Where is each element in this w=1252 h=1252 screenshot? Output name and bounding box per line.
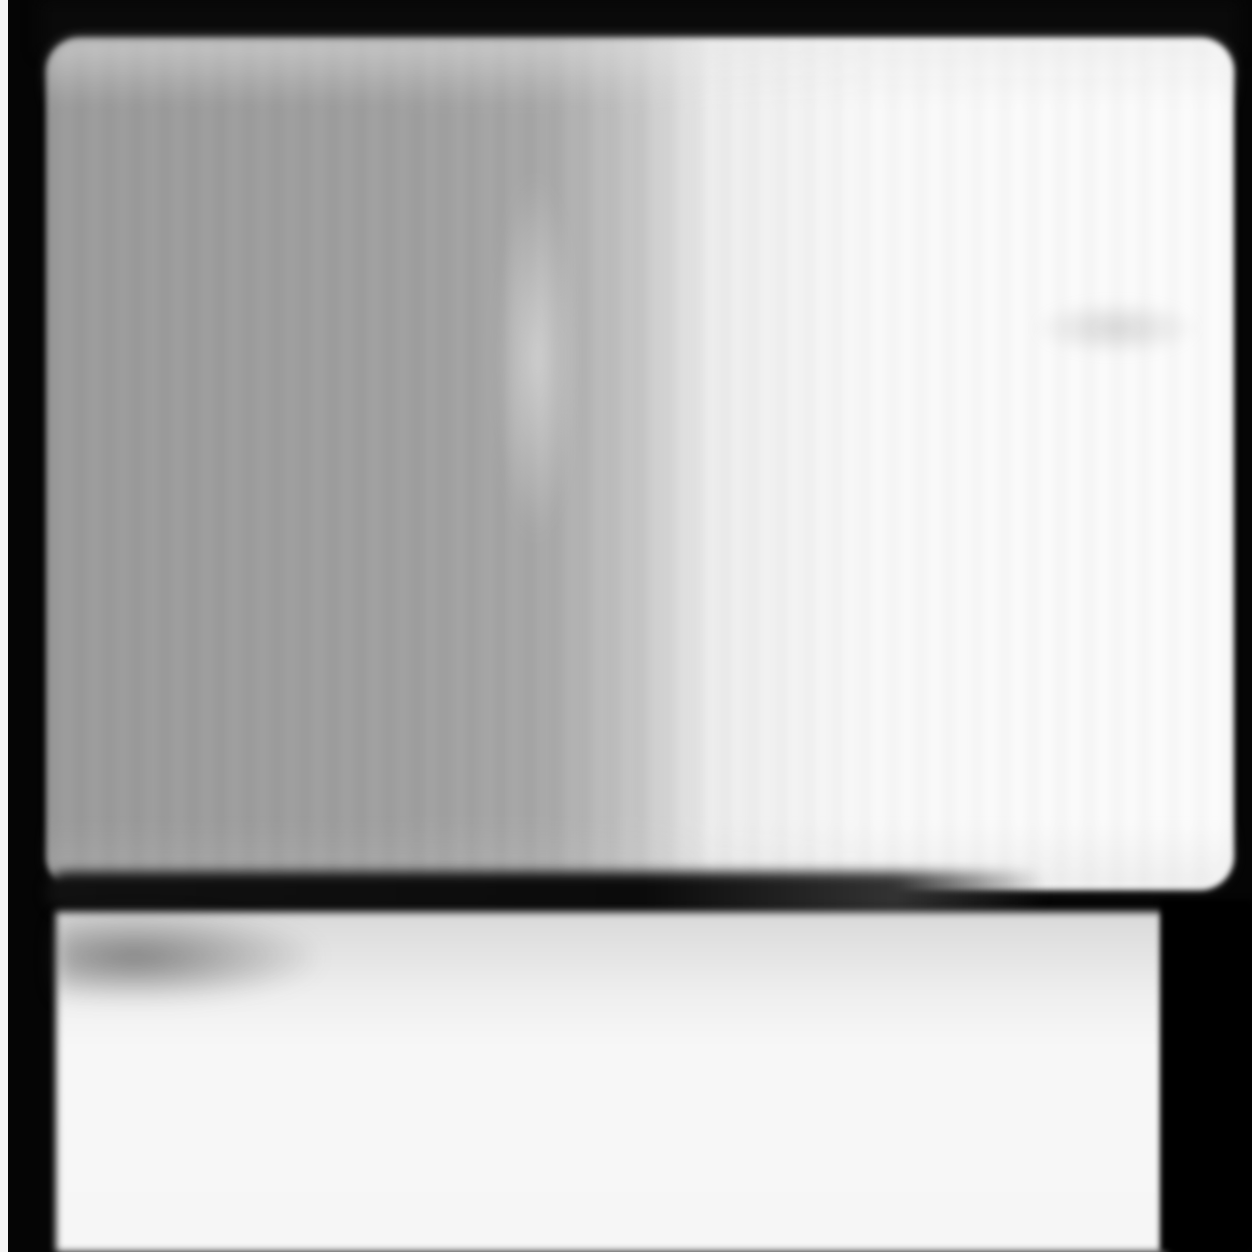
- lower-field-shadow: [56, 912, 316, 1002]
- left-edge-strip: [0, 0, 8, 1252]
- dark-horizontal-band: [46, 872, 1046, 912]
- right-dark-region: [1160, 900, 1252, 1252]
- upper-field-texture: [46, 38, 1234, 890]
- abstract-artwork: [0, 0, 1252, 1252]
